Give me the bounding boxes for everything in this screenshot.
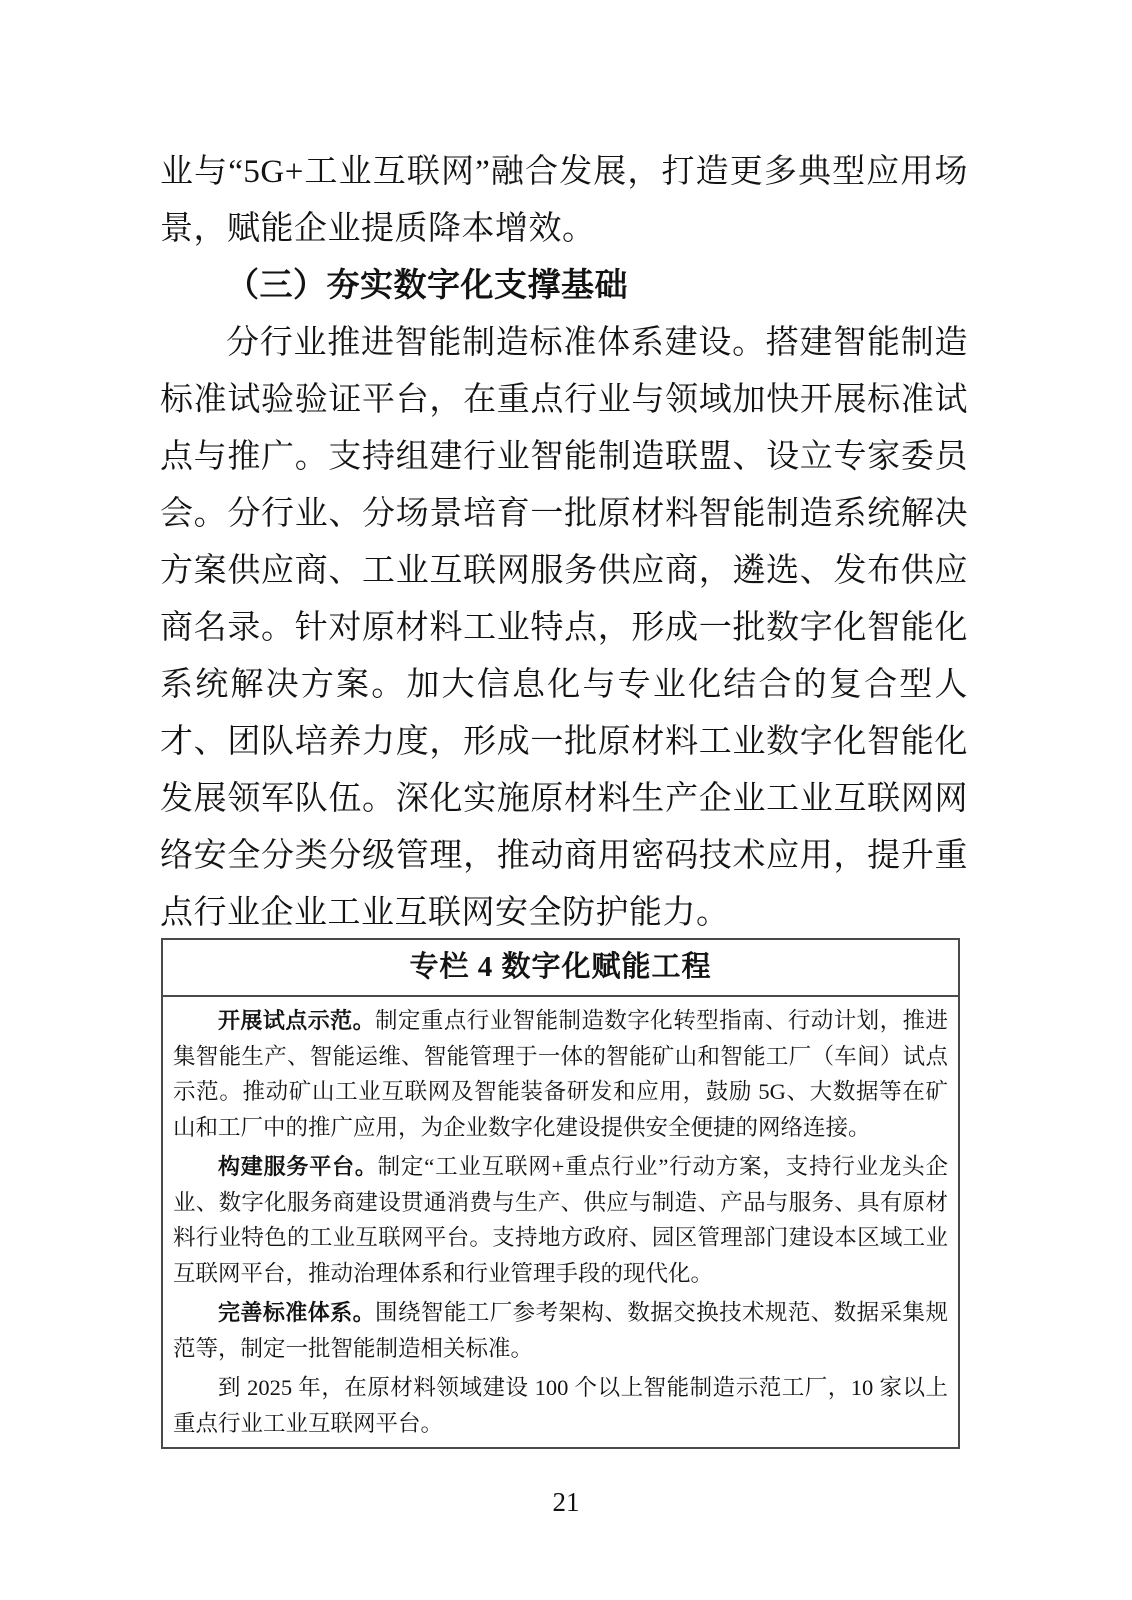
box-paragraph-service-platform: 构建服务平台。制定“工业互联网+重点行业”行动方案，支持行业龙头企业、数字化服务… <box>173 1149 948 1291</box>
box-paragraph-text: 到 2025 年，在原材料领域建设 100 个以上智能制造示范工厂，10 家以上… <box>173 1375 948 1436</box>
callout-box-content: 开展试点示范。制定重点行业智能制造数字化转型指南、行动计划，推进集智能生产、智能… <box>163 997 958 1447</box>
page-number: 21 <box>0 1487 1132 1517</box>
document-page: 业与“5G+工业互联网”融合发展，打造更多典型应用场景，赋能企业提质降本增效。 … <box>0 0 1132 1600</box>
box-paragraph-lead: 完善标准体系。 <box>218 1300 375 1325</box>
paragraph-main: 分行业推进智能制造标准体系建设。搭建智能制造标准试验验证平台，在重点行业与领域加… <box>160 315 968 942</box>
body-text-block: 业与“5G+工业互联网”融合发展，打造更多典型应用场景，赋能企业提质降本增效。 … <box>160 144 968 942</box>
callout-box-title: 专栏 4 数字化赋能工程 <box>163 940 958 997</box>
callout-box: 专栏 4 数字化赋能工程 开展试点示范。制定重点行业智能制造数字化转型指南、行动… <box>161 938 960 1449</box>
box-paragraph-2025-target: 到 2025 年，在原材料领域建设 100 个以上智能制造示范工厂，10 家以上… <box>173 1370 948 1441</box>
section-heading: （三）夯实数字化支撑基础 <box>160 258 968 315</box>
box-paragraph-lead: 开展试点示范。 <box>218 1008 375 1033</box>
page-content: 业与“5G+工业互联网”融合发展，打造更多典型应用场景，赋能企业提质降本增效。 … <box>160 144 968 1449</box>
box-paragraph-pilot-demonstration: 开展试点示范。制定重点行业智能制造数字化转型指南、行动计划，推进集智能生产、智能… <box>173 1003 948 1145</box>
box-paragraph-lead: 构建服务平台。 <box>218 1154 378 1179</box>
paragraph-continued: 业与“5G+工业互联网”融合发展，打造更多典型应用场景，赋能企业提质降本增效。 <box>160 144 968 258</box>
box-paragraph-standards-system: 完善标准体系。围绕智能工厂参考架构、数据交换技术规范、数据采集规范等，制定一批智… <box>173 1295 948 1366</box>
